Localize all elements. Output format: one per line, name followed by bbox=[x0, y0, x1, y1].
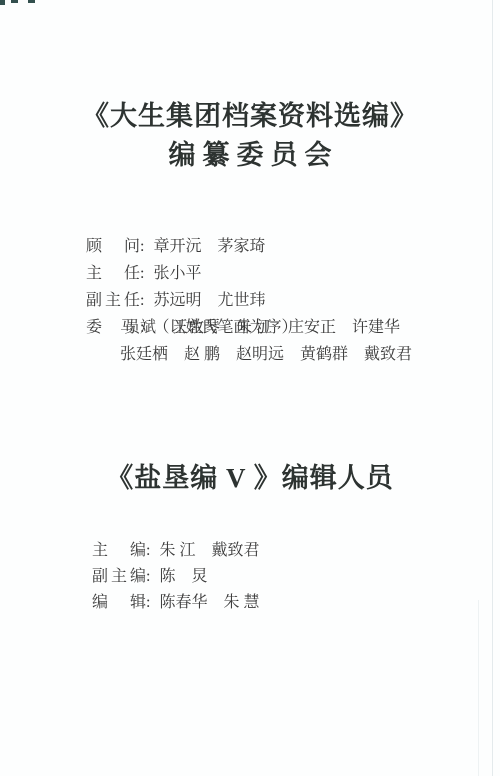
role-names: 朱 江 戴致君 bbox=[159, 542, 259, 559]
colon: : bbox=[140, 287, 144, 314]
role-label: 顾问 bbox=[86, 233, 140, 260]
role-names: 苏远明 尤世玮 bbox=[153, 292, 265, 309]
role-names: 章开沅 茅家琦 bbox=[153, 238, 265, 255]
roster-row-advisor: 顾问:章开沅 茅家琦 bbox=[62, 206, 412, 233]
role-label: 主任 bbox=[86, 260, 140, 287]
colon: : bbox=[146, 590, 150, 616]
role-label: 主编 bbox=[92, 538, 146, 564]
scan-speck bbox=[0, 0, 5, 5]
colon: : bbox=[146, 538, 150, 564]
editors-row-chief-editor: 主编:朱 江 戴致君 bbox=[68, 512, 259, 538]
committee-title-line2: 编纂委员会 bbox=[0, 133, 500, 172]
page-edge-shadow-faint bbox=[478, 600, 479, 776]
colon: : bbox=[140, 233, 144, 260]
role-names: 陈春华 朱 慧 bbox=[159, 594, 259, 611]
role-names: 张小平 bbox=[153, 265, 201, 282]
colon: : bbox=[140, 260, 144, 287]
committee-members-row-1: 马 斌 王敦琴 朱 江 庄安正 许建华 bbox=[120, 314, 412, 341]
committee-members-row-2: 张廷栖 赵 鹏 赵明远 黄鹤群 戴致君 bbox=[120, 341, 412, 368]
role-label: 编辑 bbox=[92, 590, 146, 616]
scan-speck bbox=[28, 0, 35, 3]
role-label: 副主任 bbox=[86, 287, 140, 314]
editors-section-title: 《盐垦编 V 》编辑人员 bbox=[0, 456, 500, 495]
role-label: 副主编 bbox=[92, 564, 146, 590]
committee-roster: 顾问:章开沅 茅家琦 主任:张小平 副主任:苏远明 尤世玮 委员:（以姓氏笔画为… bbox=[62, 206, 412, 368]
colon: : bbox=[146, 564, 150, 590]
committee-title-line1: 《大生集团档案资料选编》 bbox=[0, 94, 500, 133]
scanned-book-page: 《大生集团档案资料选编》 编纂委员会 顾问:章开沅 茅家琦 主任:张小平 副主任… bbox=[0, 0, 500, 776]
scan-speck bbox=[11, 0, 18, 3]
role-names: 陈 炅 bbox=[159, 568, 207, 585]
editors-roster: 主编:朱 江 戴致君 副主编:陈 炅 编辑:陈春华 朱 慧 bbox=[68, 512, 259, 590]
